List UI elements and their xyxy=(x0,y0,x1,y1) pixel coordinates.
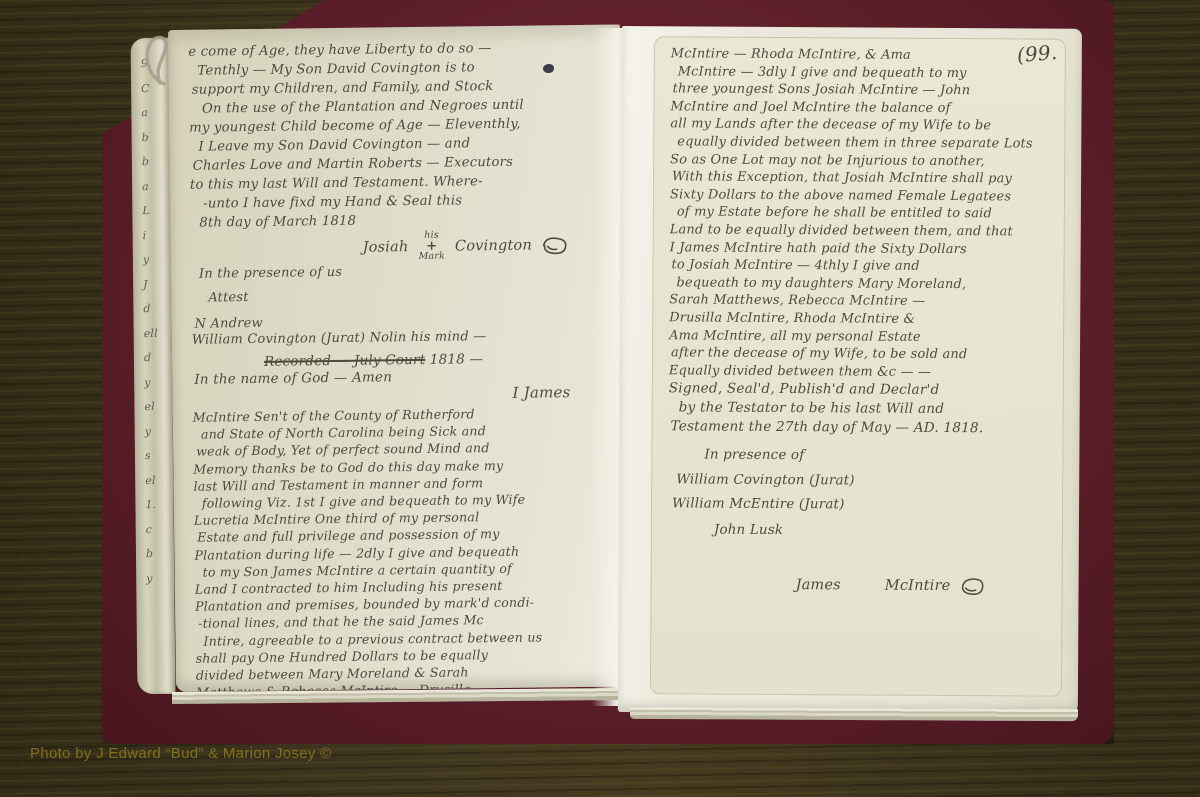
edge-letter: c xyxy=(146,517,170,542)
witness-line: William McEntire (Jurat) xyxy=(672,494,1052,517)
edge-letter: a xyxy=(141,101,165,126)
manuscript-line: by the Testator to be his last Will and xyxy=(669,399,1053,420)
witness-block: In presence ofWilliam Covington (Jurat)W… xyxy=(668,445,1053,543)
recorded-note-struck-text: Recorded — July Court xyxy=(264,352,425,370)
right-page: (99. McIntire — Rhoda McIntire, & AmaMcI… xyxy=(618,26,1082,715)
attestation-block: In the presence of usAttestN AndrewWilli… xyxy=(191,262,608,348)
manuscript-line: Signed, Seal'd, Publish'd and Declar'd xyxy=(669,380,1053,401)
witness-line: In presence of xyxy=(704,445,1052,468)
manuscript-line: to Josiah McIntire — 4thly I give and xyxy=(669,256,1053,276)
manuscript-line: Ama McIntire, all my personal Estate xyxy=(669,327,1053,347)
edge-letter: s xyxy=(145,444,169,469)
edge-letter: 1. xyxy=(145,493,169,518)
manuscript-line: three youngest Sons Josiah McIntire — Jo… xyxy=(671,80,1055,100)
edge-letter: b xyxy=(146,542,170,567)
right-page-will-body: McIntire — Rhoda McIntire, & AmaMcIntire… xyxy=(669,45,1055,382)
edge-letter: L xyxy=(142,199,166,224)
signature-first-name: James xyxy=(796,577,841,593)
manuscript-line: Sarah Matthews, Rebecca McIntire — xyxy=(669,292,1053,312)
edge-letter: d xyxy=(143,297,167,322)
attestation-line: Attest xyxy=(208,286,607,306)
signature-surname: McIntire xyxy=(885,578,951,594)
edge-letter: b xyxy=(142,150,166,175)
manuscript-line: So as One Lot may not be Injurious to an… xyxy=(670,151,1054,171)
manuscript-line: I James McIntire hath paid the Sixty Dol… xyxy=(670,239,1054,259)
edge-letter: a xyxy=(142,174,166,199)
manuscript-line: Equally divided between them &c — — xyxy=(669,362,1053,382)
edge-letter: ell xyxy=(144,321,168,346)
attestation-line: In the presence of us xyxy=(199,262,607,282)
right-page-sheet: (99. McIntire — Rhoda McIntire, & AmaMcI… xyxy=(650,36,1066,697)
page-number: (99. xyxy=(1016,40,1058,67)
witness-line: John Lusk xyxy=(714,520,1052,543)
manuscript-line: all my Lands after the decease of my Wif… xyxy=(670,116,1054,136)
manuscript-line: Testament the 27th day of May — AD. 1818… xyxy=(668,418,1052,439)
edge-letter: i xyxy=(143,223,167,248)
manuscript-line: after the decease of my Wife, to be sold… xyxy=(669,344,1053,364)
seal-scribble-icon xyxy=(540,235,570,255)
manuscript-line: Land to be equally divided between them,… xyxy=(670,221,1054,241)
witness-line: William Covington (Jurat) xyxy=(676,470,1052,493)
edge-letter: y xyxy=(144,370,168,395)
recorded-note-rest: 1818 — xyxy=(425,351,483,368)
testator-signature-row: Josiah his + Mark Covington xyxy=(362,229,606,263)
photographer-watermark: Photo by J Edward “Bud” & Marion Josey © xyxy=(30,745,332,762)
left-page-second-will-block: McIntire Sen't of the County of Rutherfo… xyxy=(193,404,613,702)
manuscript-line: McIntire and Joel McIntire the balance o… xyxy=(670,98,1054,118)
signing-declaration-block: Signed, Seal'd, Publish'd and Declar'dby… xyxy=(668,380,1052,439)
left-page: e come of Age, they have Liberty to do s… xyxy=(168,24,628,691)
manuscript-line: With this Exception, that Josiah McIntir… xyxy=(670,168,1054,188)
seal-scribble-icon xyxy=(958,576,986,596)
edge-letter: el xyxy=(144,395,168,420)
manuscript-line: McIntire — Rhoda McIntire, & Ama xyxy=(671,45,1055,65)
manuscript-line: of my Estate before he shall be entitled… xyxy=(670,204,1054,224)
edge-letter: y xyxy=(146,566,170,591)
edge-letter: d xyxy=(144,346,168,371)
testator-first-name: Josiah xyxy=(363,239,409,256)
photo-of-record-book: 9.CabbaLiyJdelldyelysel1.cby e come of A… xyxy=(0,0,1200,797)
testator-surname: Covington xyxy=(455,237,532,254)
manuscript-line: Sixty Dollars to the above named Female … xyxy=(670,186,1054,206)
manuscript-line: bequeath to my daughters Mary Moreland, xyxy=(669,274,1053,294)
james-mcintire-signature-row: James McIntire xyxy=(796,575,1052,597)
manuscript-line: McIntire — 3dly I give and bequeath to m… xyxy=(671,63,1055,83)
edge-letter: J xyxy=(143,272,167,297)
edge-letter: y xyxy=(145,419,169,444)
ink-blot xyxy=(543,64,554,73)
edge-letter: y xyxy=(143,248,167,273)
manuscript-line: Drusilla McIntire, Rhoda McIntire & xyxy=(669,309,1053,329)
edge-letter: b xyxy=(141,125,165,150)
his-mark: his + Mark xyxy=(418,231,445,262)
right-page-bottom-edges xyxy=(630,707,1078,721)
edge-letter: el xyxy=(145,468,169,493)
manuscript-line: equally divided between them in three se… xyxy=(670,133,1054,153)
page-edge-partial-letters: 9.CabbaLiyJdelldyelysel1.cby xyxy=(141,52,171,591)
mark-below-label: Mark xyxy=(419,252,446,262)
